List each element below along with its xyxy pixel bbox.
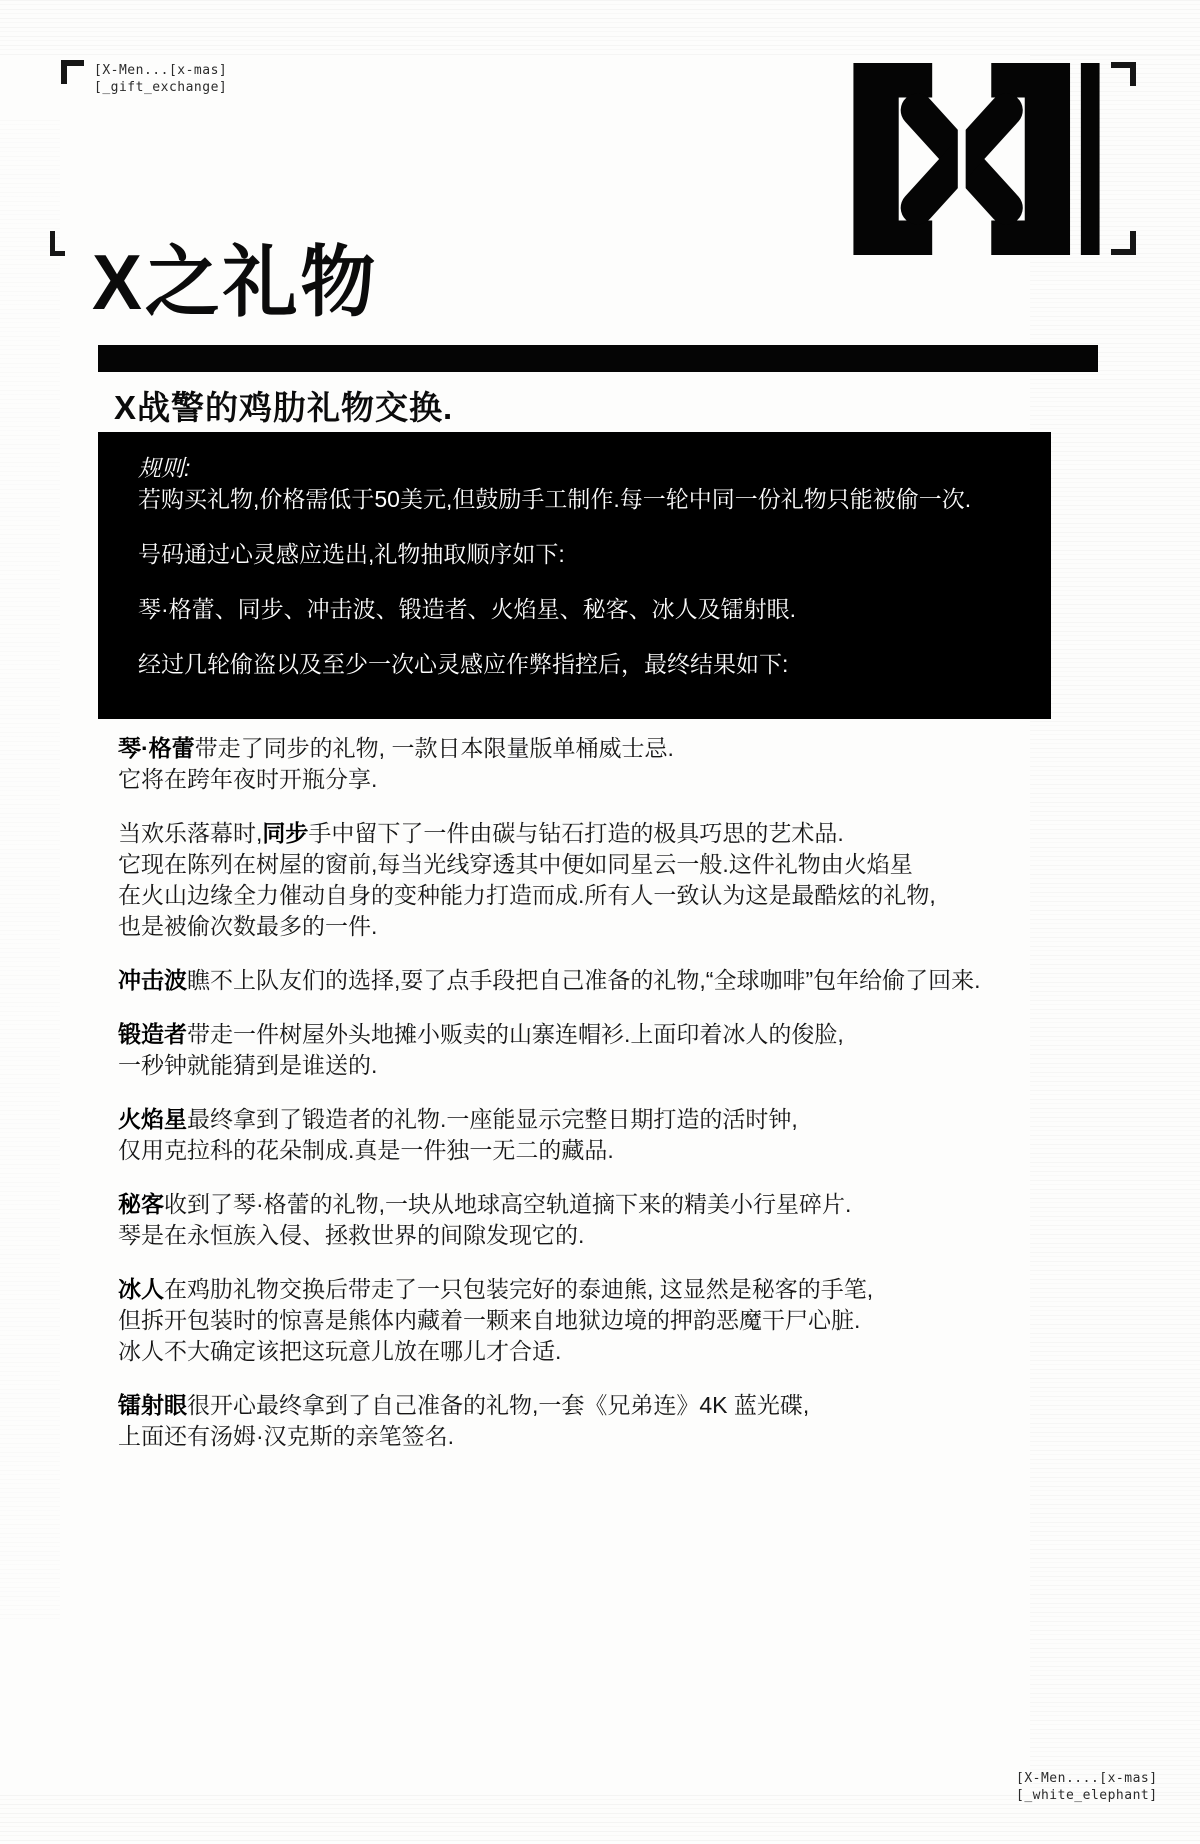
bracket-x-logo-icon (853, 63, 1100, 255)
document-page: [X-Men...[x-mas][_gift_exchange] X之礼物 X战… (0, 0, 1200, 1844)
character-name: 琴·格蕾 (118, 735, 195, 761)
result-paragraph: 冲击波瞧不上队友们的选择,耍了点手段把自己准备的礼物,“全球咖啡”包年给偷了回来… (118, 965, 1158, 996)
character-name: 同步 (262, 820, 308, 846)
result-paragraph: 锻造者带走一件树屋外头地摊小贩卖的山寨连帽衫.上面印着冰人的俊脸, 一秒钟就能猜… (118, 1019, 1158, 1081)
paragraph-text: 带走了同步的礼物, 一款日本限量版单桶威士忌. 它将在跨年夜时开瓶分享. (118, 735, 674, 792)
result-paragraph: 当欢乐落幕时,同步手中留下了一件由碳与钻石打造的极具巧思的艺术品. 它现在陈列在… (118, 818, 1158, 942)
header-tag: [X-Men...[x-mas][_gift_exchange] (94, 62, 227, 96)
character-name: 秘客 (118, 1191, 164, 1217)
character-name: 冰人 (118, 1276, 164, 1302)
rules-line-2: 号码通过心灵感应选出,礼物抽取顺序如下: (138, 539, 1021, 570)
result-paragraph: 秘客收到了琴·格蕾的礼物,一块从地球高空轨道摘下来的精美小行星碎片. 琴是在永恒… (118, 1189, 1158, 1251)
rules-line-4: 经过几轮偷盗以及至少一次心灵感应作弊指控后，最终结果如下: (138, 649, 1021, 680)
character-name: 冲击波 (118, 967, 187, 993)
corner-bracket-icon (1111, 231, 1136, 255)
rules-label: 规则: (138, 453, 1021, 484)
rules-panel: 规则: 若购买礼物,价格需低于50美元,但鼓励手工制作.每一轮中同一份礼物只能被… (98, 432, 1051, 719)
character-name: 镭射眼 (118, 1392, 187, 1418)
corner-bracket-icon (1111, 62, 1136, 86)
footer-tag-line1: [X-Men....[x-mas] (1016, 1770, 1158, 1787)
footer-tag: [X-Men....[x-mas][_white_elephant] (1016, 1770, 1158, 1804)
paper-texture (0, 0, 1200, 55)
paragraph-text: 最终拿到了锻造者的礼物.一座能显示完整日期打造的活时钟, 仅用克拉科的花朵制成.… (118, 1106, 798, 1163)
corner-bracket-icon (50, 231, 65, 256)
result-paragraph: 火焰星最终拿到了锻造者的礼物.一座能显示完整日期打造的活时钟, 仅用克拉科的花朵… (118, 1104, 1158, 1166)
page-title: X之礼物 (92, 243, 378, 321)
paragraph-text: 瞧不上队友们的选择,耍了点手段把自己准备的礼物,“全球咖啡”包年给偷了回来. (187, 967, 981, 993)
result-paragraph: 琴·格蕾带走了同步的礼物, 一款日本限量版单桶威士忌. 它将在跨年夜时开瓶分享. (118, 733, 1158, 795)
character-name: 火焰星 (118, 1106, 187, 1132)
title-underline-bar (98, 345, 1098, 372)
paragraph-text: 在鸡肋礼物交换后带走了一只包装完好的泰迪熊, 这显然是秘客的手笔, 但拆开包装时… (118, 1276, 873, 1364)
rules-line-1: 若购买礼物,价格需低于50美元,但鼓励手工制作.每一轮中同一份礼物只能被偷一次. (138, 484, 1021, 515)
paragraph-text: 收到了琴·格蕾的礼物,一块从地球高空轨道摘下来的精美小行星碎片. 琴是在永恒族入… (118, 1191, 851, 1248)
page-subtitle: X战警的鸡肋礼物交换. (114, 382, 453, 429)
header-tag-line2: [_gift_exchange] (94, 79, 227, 96)
character-name: 锻造者 (118, 1021, 187, 1047)
rules-line-3: 琴·格蕾、同步、冲击波、锻造者、火焰星、秘客、冰人及镭射眼. (138, 594, 1021, 625)
results-section: 琴·格蕾带走了同步的礼物, 一款日本限量版单桶威士忌. 它将在跨年夜时开瓶分享.… (118, 733, 1158, 1475)
footer-tag-line2: [_white_elephant] (1016, 1787, 1158, 1804)
result-paragraph: 冰人在鸡肋礼物交换后带走了一只包装完好的泰迪熊, 这显然是秘客的手笔, 但拆开包… (118, 1274, 1158, 1367)
paragraph-text: 很开心最终拿到了自己准备的礼物,一套《兄弟连》4K 蓝光碟, 上面还有汤姆·汉克… (118, 1392, 809, 1449)
header-tag-line1: [X-Men...[x-mas] (94, 62, 227, 79)
paragraph-pre: 当欢乐落幕时, (118, 820, 262, 846)
paper-texture (0, 120, 60, 1620)
result-paragraph: 镭射眼很开心最终拿到了自己准备的礼物,一套《兄弟连》4K 蓝光碟, 上面还有汤姆… (118, 1390, 1158, 1452)
corner-bracket-icon (61, 60, 84, 84)
paragraph-text: 带走一件树屋外头地摊小贩卖的山寨连帽衫.上面印着冰人的俊脸, 一秒钟就能猜到是谁… (118, 1021, 844, 1078)
